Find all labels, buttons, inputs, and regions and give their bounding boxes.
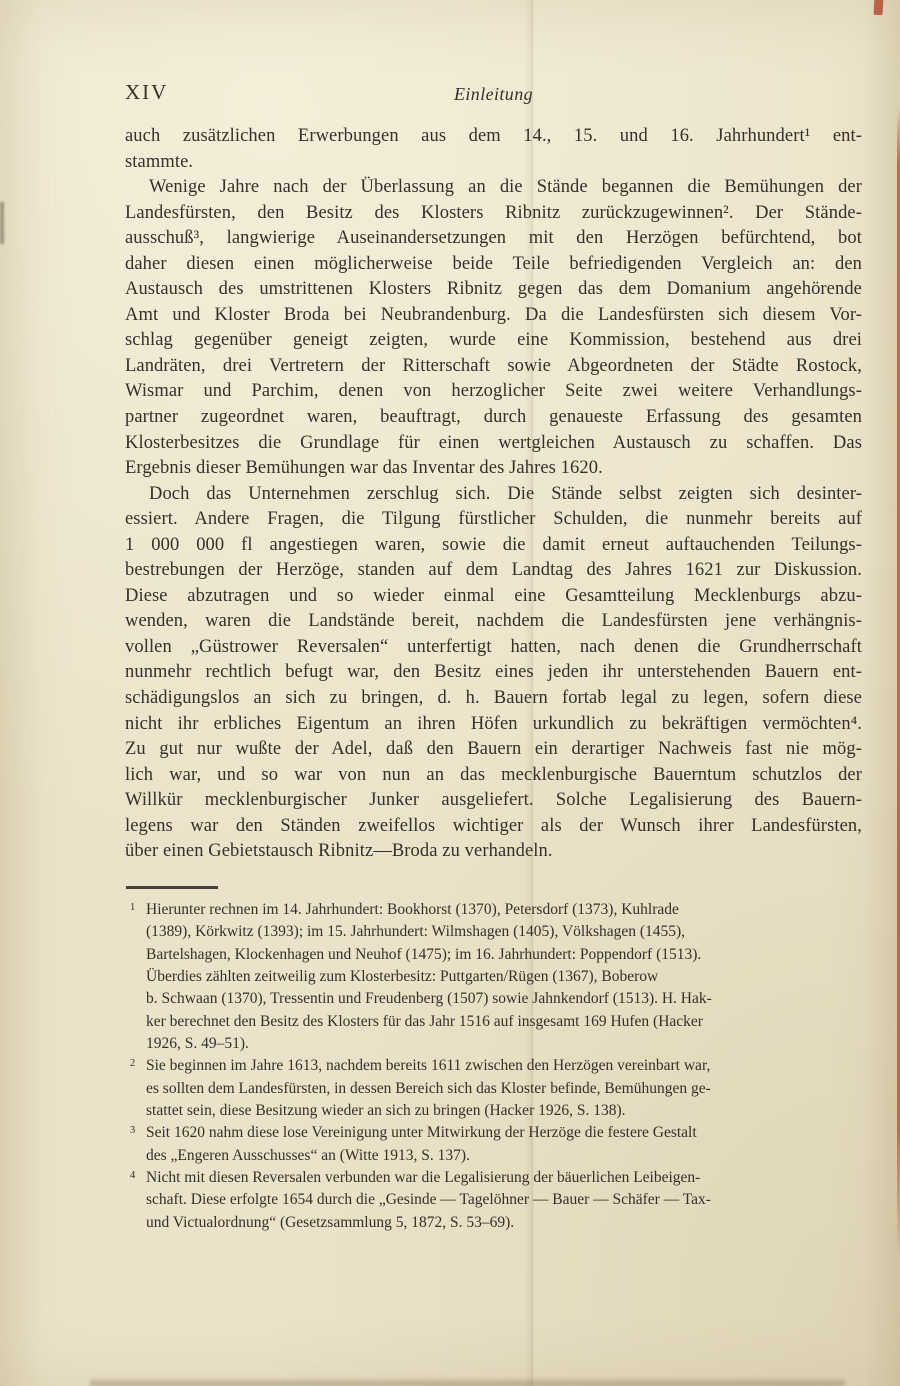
footnote-marker: 3: [130, 1125, 135, 1136]
body-line: bestrebungen der Herzöge, standen auf de…: [125, 560, 862, 586]
footnote-line: Überdies zählten zeitweilig zum Klosterb…: [146, 968, 862, 990]
body-line: auch zusätzlichen Erwerbungen aus dem 14…: [125, 126, 862, 152]
body-line: 1 000 000 fl angestiegen waren, sowie di…: [125, 535, 862, 561]
footnote: 4Nicht mit diesen Reversalen verbunden w…: [125, 1169, 862, 1236]
footnote-line: Bartelshagen, Klockenhagen und Neuhof (1…: [146, 946, 862, 968]
scan-bottom-shadow: [90, 1377, 845, 1386]
footnote-line: Nicht mit diesen Reversalen verbunden wa…: [146, 1169, 862, 1191]
body-line: Willkür mecklenburgischer Junker ausgeli…: [125, 790, 862, 816]
body-line: vollen „Güstrower Reversalen“ unterferti…: [125, 637, 862, 663]
body-line: partner zugeordnet waren, beauftragt, du…: [125, 407, 862, 433]
body-line: wenden, waren die Landstände bereit, nac…: [125, 611, 862, 637]
footnote-marker: 1: [130, 902, 135, 913]
running-title: Einleitung: [125, 84, 862, 105]
red-edge-line: [897, 108, 900, 1258]
body-line: Landräten, drei Vertretern der Rittersch…: [125, 356, 862, 382]
body-line: essiert. Andere Fragen, die Tilgung fürs…: [125, 509, 862, 535]
footnote: 3Seit 1620 nahm diese lose Vereinigung u…: [125, 1124, 862, 1169]
body-line: Amt und Kloster Broda bei Neubrandenburg…: [125, 305, 862, 331]
red-edge-dash: [874, 0, 884, 15]
scan-edge-mark: [0, 202, 4, 244]
body-line: schlag gegenüber geneigt zeigten, wurde …: [125, 330, 862, 356]
body-line: Ergebnis dieser Bemühungen war das Inven…: [125, 458, 862, 484]
footnote-line: es sollten dem Landesfürsten, in dessen …: [146, 1080, 862, 1102]
footnote-line: Seit 1620 nahm diese lose Vereinigung un…: [146, 1124, 862, 1146]
footnote-line: Hierunter rechnen im 14. Jahrhundert: Bo…: [146, 901, 862, 923]
body-line: schädigungslos an sich zu bringen, d. h.…: [125, 688, 862, 714]
body-line: Austausch des umstrittenen Klosters Ribn…: [125, 279, 862, 305]
body-line: über einen Gebietstausch Ribnitz—Broda z…: [125, 841, 862, 867]
footnote: 2Sie beginnen im Jahre 1613, nachdem ber…: [125, 1057, 862, 1124]
footnote: 1Hierunter rechnen im 14. Jahrhundert: B…: [125, 901, 862, 1057]
body-line: Klosterbesitzes die Grundlage für einen …: [125, 433, 862, 459]
body-line: Zu gut nur wußte der Adel, daß den Bauer…: [125, 739, 862, 765]
body-line: daher diesen einen möglicherweise beide …: [125, 254, 862, 280]
footnote-line: schaft. Diese erfolgte 1654 durch die „G…: [146, 1191, 862, 1213]
body-line: nunmehr rechtlich befugt war, den Besitz…: [125, 662, 862, 688]
body-text: auch zusätzlichen Erwerbungen aus dem 14…: [125, 126, 862, 867]
footnote-marker: 4: [130, 1170, 135, 1181]
body-line: legens war den Ständen zweifellos wichti…: [125, 816, 862, 842]
footnote-separator-rule: [126, 886, 218, 889]
body-line: lich war, und so war von nun an das meck…: [125, 765, 862, 791]
footnote-line: (1389), Körkwitz (1393); im 15. Jahrhund…: [146, 923, 862, 945]
body-line: nicht ihr erbliches Eigentum an ihren Hö…: [125, 714, 862, 740]
footnote-line: und Victualordnung“ (Gesetzsammlung 5, 1…: [146, 1214, 862, 1236]
body-line: Diese abzutragen und so wieder einmal ei…: [125, 586, 862, 612]
body-line: stammte.: [125, 152, 862, 178]
footnotes-block: 1Hierunter rechnen im 14. Jahrhundert: B…: [125, 901, 862, 1236]
body-line: Wismar und Parchim, denen von herzoglich…: [125, 381, 862, 407]
scanned-book-page: XIV Einleitung auch zusätzlichen Erwerbu…: [0, 0, 900, 1386]
footnote-line: stattet sein, diese Besitzung wieder an …: [146, 1102, 862, 1124]
body-line: ausschuß³, langwierige Auseinandersetzun…: [125, 228, 862, 254]
footnote-marker: 2: [130, 1058, 135, 1069]
footnote-line: des „Engeren Ausschusses“ an (Witte 1913…: [146, 1147, 862, 1169]
body-line: Wenige Jahre nach der Überlassung an die…: [125, 177, 862, 203]
footnote-line: 1926, S. 49–51).: [146, 1035, 862, 1057]
footnote-line: ker berechnet den Besitz des Klosters fü…: [146, 1013, 862, 1035]
footnote-line: Sie beginnen im Jahre 1613, nachdem bere…: [146, 1057, 862, 1079]
body-line: Doch das Unternehmen zerschlug sich. Die…: [125, 484, 862, 510]
body-line: Landesfürsten, den Besitz des Klosters R…: [125, 203, 862, 229]
footnote-line: b. Schwaan (1370), Tressentin und Freude…: [146, 990, 862, 1012]
